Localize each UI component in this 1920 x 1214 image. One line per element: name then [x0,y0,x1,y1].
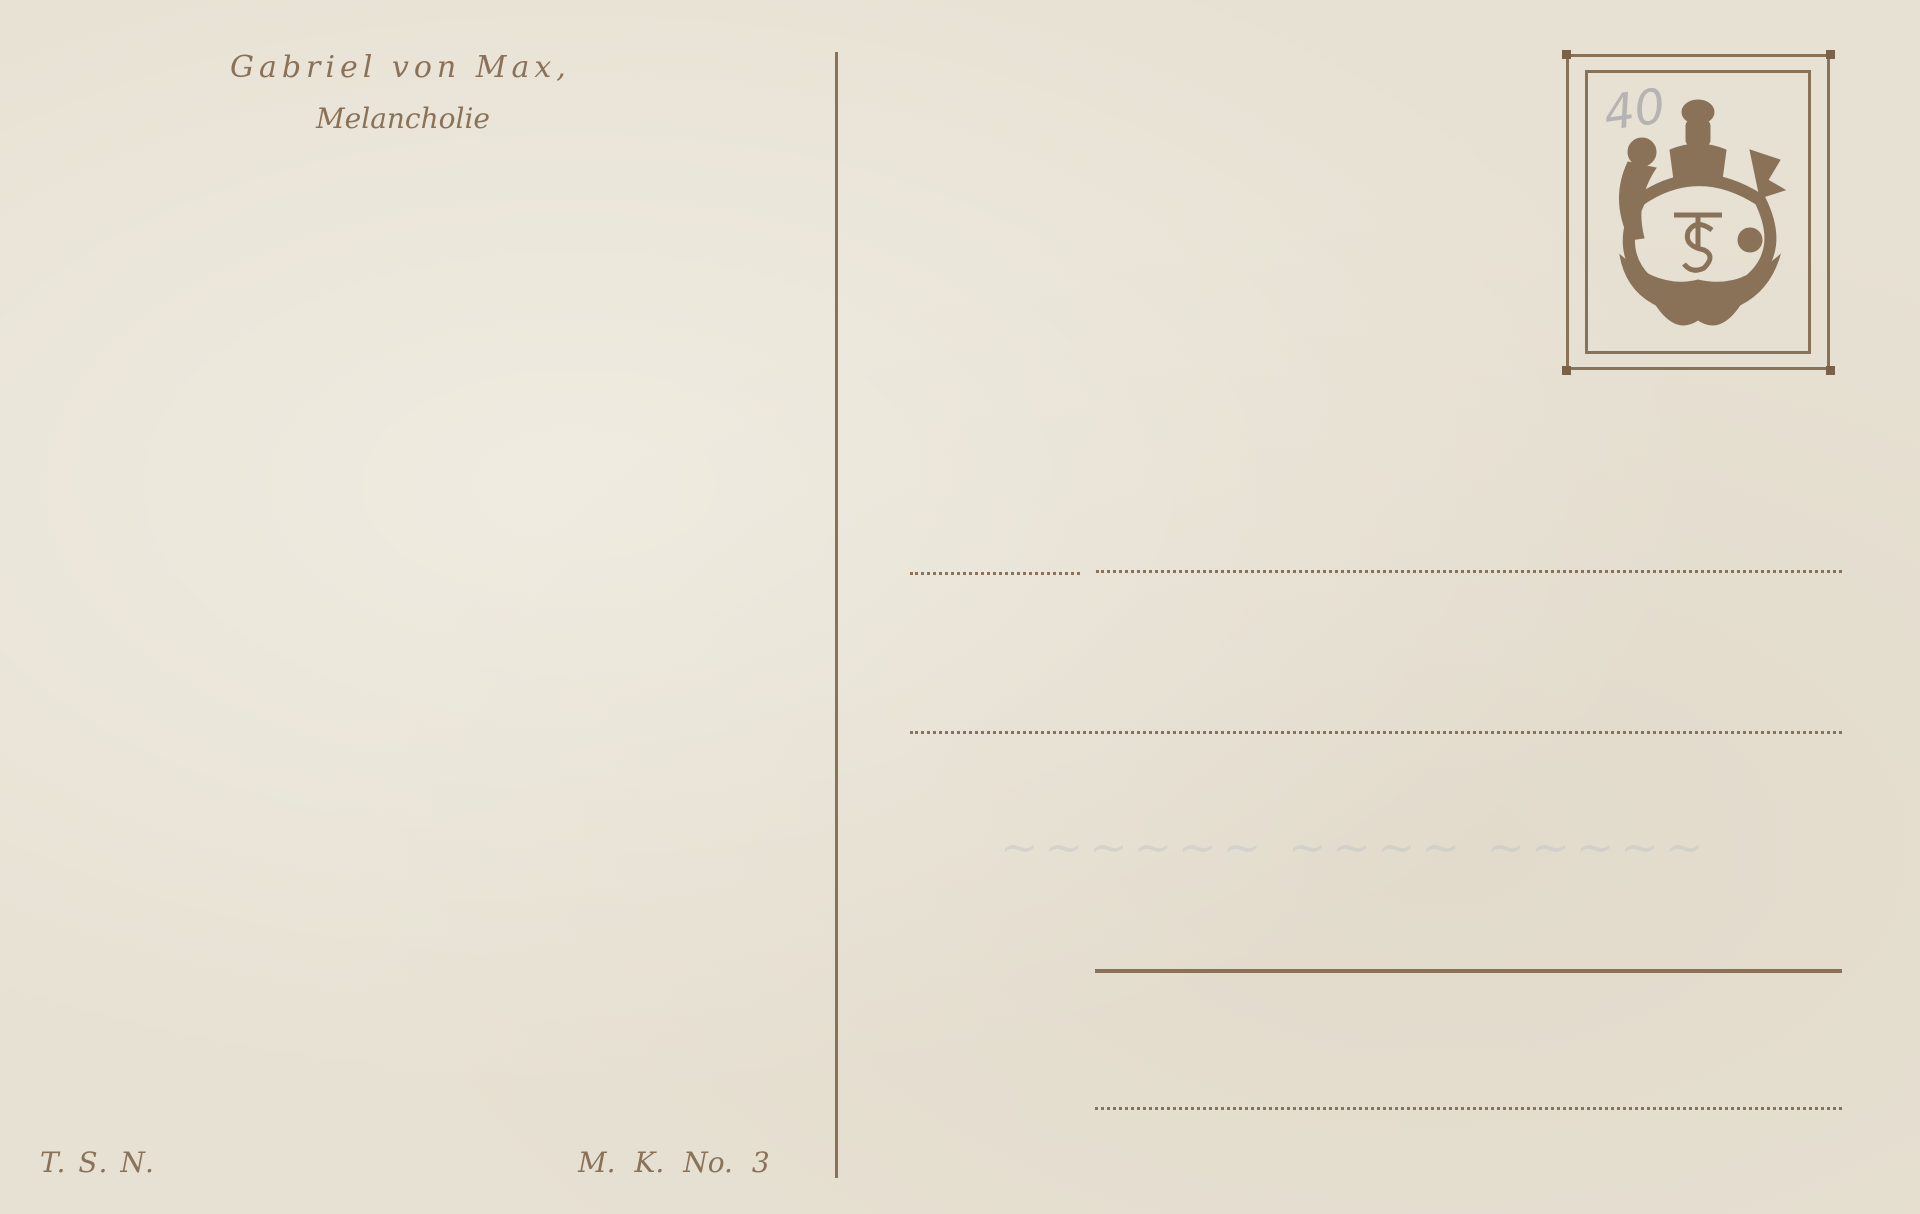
address-line-4 [1095,1107,1842,1110]
series-number: M. K. No. 3 [578,1146,770,1179]
address-line-2 [910,731,1842,734]
artwork-title: Melancholie [316,102,490,135]
postcard-back: Gabriel von Max, Melancholie T. S. N. M.… [0,0,1920,1214]
corner-mark [1826,50,1835,59]
pencil-price-note: 40 [1600,78,1668,142]
corner-mark [1562,366,1571,375]
faint-handwriting: ~~~~~~ ~~~~ ~~~~~ [1000,820,1709,874]
corner-mark [1562,50,1571,59]
corner-mark [1826,366,1835,375]
address-line-1a [910,572,1080,575]
artist-name: Gabriel von Max, [230,50,571,85]
publisher-mark: T. S. N. [40,1146,156,1179]
address-line-1b [1096,570,1842,573]
center-divider [835,52,838,1178]
address-line-3 [1095,969,1842,973]
